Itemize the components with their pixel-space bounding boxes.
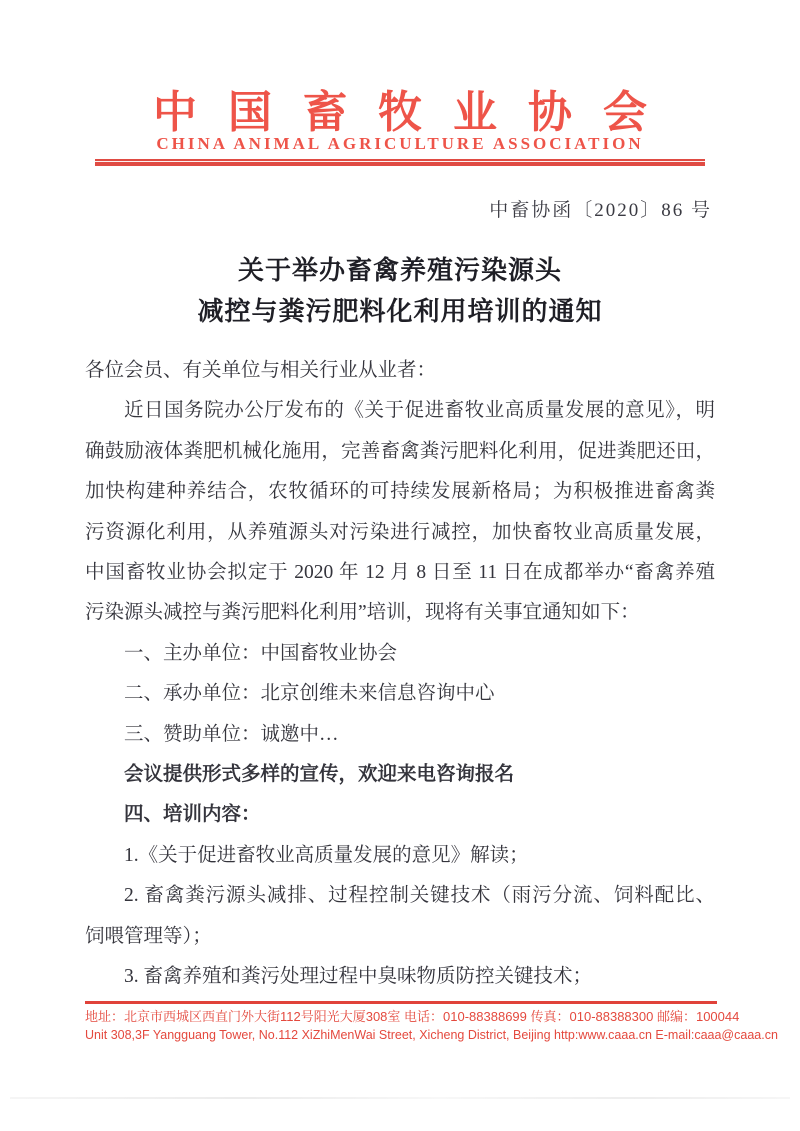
list-item-host-org: 一、主办单位：中国畜牧业协会 [85, 634, 715, 674]
document-page: 中国畜牧业协会 CHINA ANIMAL AGRICULTURE ASSOCIA… [0, 0, 800, 1131]
footer-address-english: Unit 308,3F Yangguang Tower, No.112 XiZh… [85, 1026, 725, 1044]
footer-rule [85, 1001, 717, 1004]
body-line: 污染源头减控与粪污肥料化利用”培训，现将有关事宜通知如下： [85, 593, 715, 633]
org-name-chinese: 中国畜牧业协会 [0, 76, 800, 140]
training-topic-2: 2. 畜禽粪污源头减排、过程控制关键技术（雨污分流、饲料配比、 [85, 876, 715, 916]
body-line: 近日国务院办公厅发布的《关于促进畜牧业高质量发展的意见》，明 [85, 391, 715, 431]
training-topic-1: 1.《关于促进畜牧业高质量发展的意见》解读； [85, 836, 715, 876]
document-number: 中畜协函〔2020〕86 号 [489, 195, 712, 222]
document-title: 关于举办畜禽养殖污染源头 减控与粪污肥料化利用培训的通知 [0, 250, 800, 332]
list-item-organizer: 二、承办单位：北京创维未来信息咨询中心 [85, 674, 715, 714]
list-item-training-content: 四、培训内容： [85, 795, 715, 835]
salutation: 各位会员、有关单位与相关行业从业者： [85, 351, 715, 391]
letterhead-rule [95, 159, 705, 166]
org-name-english: CHINA ANIMAL AGRICULTURE ASSOCIATION [0, 134, 800, 154]
body-line: 污资源化利用，从养殖源头对污染进行减控，加快畜牧业高质量发展， [85, 513, 715, 553]
document-body: 各位会员、有关单位与相关行业从业者： 近日国务院办公厅发布的《关于促进畜牧业高质… [85, 351, 715, 998]
title-line-1: 关于举办畜禽养殖污染源头 [0, 250, 800, 291]
body-line: 中国畜牧业协会拟定于 2020 年 12 月 8 日至 11 日在成都举办“畜禽… [85, 553, 715, 593]
body-line: 加快构建种养结合，农牧循环的可持续发展新格局；为积极推进畜禽粪 [85, 472, 715, 512]
title-line-2: 减控与粪污肥料化利用培训的通知 [0, 291, 800, 332]
promo-line: 会议提供形式多样的宣传，欢迎来电咨询报名 [85, 755, 715, 795]
body-line: 确鼓励液体粪肥机械化施用，完善畜禽粪污肥料化利用，促进粪肥还田， [85, 432, 715, 472]
list-item-sponsor: 三、赞助单位：诚邀中… [85, 715, 715, 755]
scan-artifact-line [10, 1097, 790, 1099]
training-topic-2-cont: 饲喂管理等）； [85, 917, 715, 957]
training-topic-3: 3. 畜禽养殖和粪污处理过程中臭味物质防控关键技术； [85, 957, 715, 997]
footer-address-chinese: 地址：北京市西城区西直门外大街112号阳光大厦308室 电话：010-88388… [85, 1008, 725, 1026]
